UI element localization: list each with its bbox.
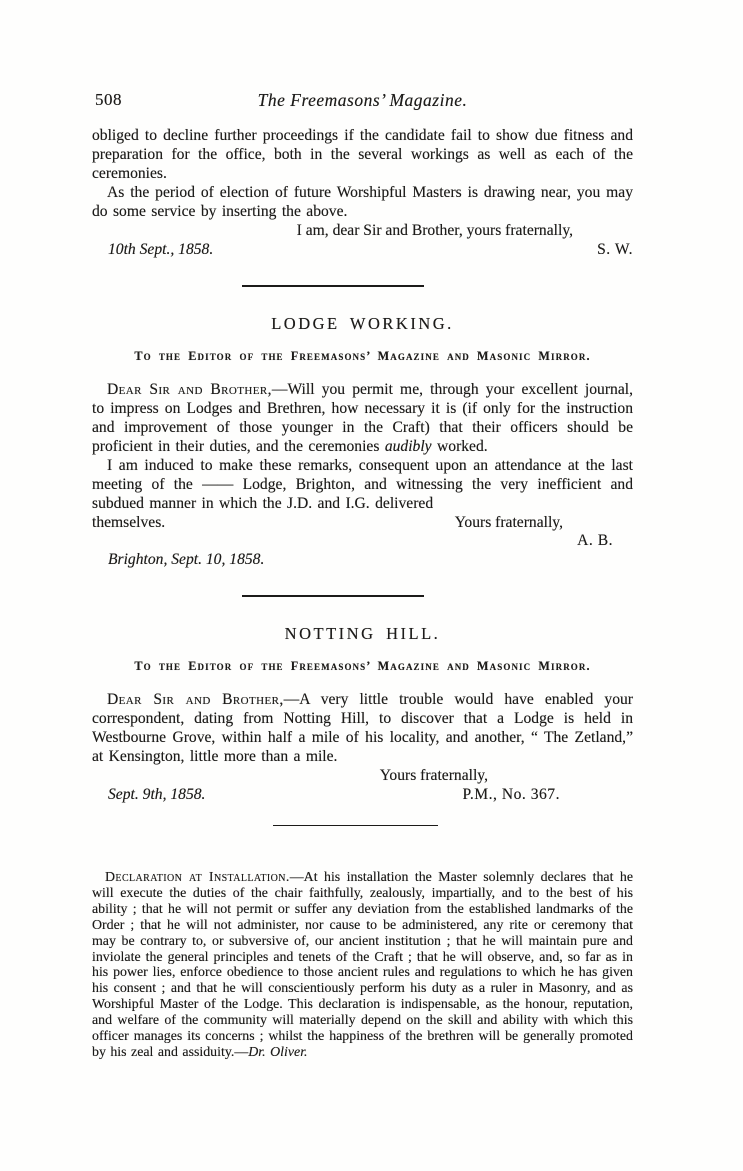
notting-hill-paragraph-1: Dear Sir and Brother,—A very little trou… — [92, 690, 633, 766]
page-number: 508 — [95, 90, 122, 110]
section-divider — [242, 595, 424, 597]
lodge-working-heading: LODGE WORKING. — [92, 314, 633, 334]
declaration-attribution: Dr. Oliver. — [248, 1045, 307, 1060]
running-head: 508 The Freemasons’ Magazine. — [92, 90, 633, 112]
letter-sw-closing: I am, dear Sir and Brother, yours frater… — [92, 221, 633, 240]
notting-hill-dateline: Sept. 9th, 1858. — [92, 785, 205, 804]
section-divider — [273, 825, 438, 826]
lodge-working-paragraph-1-end: worked. — [432, 438, 488, 455]
magazine-page: 508 The Freemasons’ Magazine. obliged to… — [0, 0, 743, 1171]
notting-hill-section: NOTTING HILL. To the Editor of the Freem… — [92, 624, 633, 804]
lodge-working-section: LODGE WORKING. To the Editor of the Free… — [92, 314, 633, 569]
letter-sw: obliged to decline further proceedings i… — [92, 126, 633, 259]
lodge-working-signature: A. B. — [577, 532, 613, 549]
lodge-working-emphasis-word: audibly — [385, 438, 432, 455]
notting-hill-closing: Yours fraternally, — [92, 766, 633, 785]
notting-hill-signature-row: Sept. 9th, 1858. P.M., No. 367. — [92, 785, 633, 804]
lodge-working-closing: Yours fraternally, — [455, 513, 563, 532]
lodge-working-editor-line: To the Editor of the Freemasons’ Magazin… — [92, 349, 633, 364]
declaration-lead: Declaration at Installation. — [105, 870, 290, 885]
journal-title: The Freemasons’ Magazine. — [92, 90, 633, 111]
lodge-working-paragraph-2: I am induced to make these remarks, cons… — [92, 456, 633, 513]
lodge-working-closing-row: themselves. Yours fraternally, — [92, 513, 633, 532]
letter-sw-dateline: 10th Sept., 1858. — [92, 240, 213, 259]
lodge-working-dateline: Brighton, Sept. 10, 1858. — [92, 551, 264, 568]
lodge-working-paragraph-1: Dear Sir and Brother,—Will you permit me… — [92, 380, 633, 456]
letter-sw-signature-row: 10th Sept., 1858. S. W. — [92, 240, 633, 259]
letter-sw-paragraph-2: As the period of election of future Wors… — [92, 183, 633, 221]
notting-hill-salutation: Dear Sir and Brother, — [107, 691, 284, 708]
letter-sw-paragraph-1: obliged to decline further proceedings i… — [92, 126, 633, 183]
notting-hill-signature: P.M., No. 367. — [462, 785, 560, 804]
letter-sw-signature: S. W. — [597, 240, 633, 259]
notting-hill-editor-line: To the Editor of the Freemasons’ Magazin… — [92, 659, 633, 674]
lodge-working-dateline-line: Brighton, Sept. 10, 1858. — [92, 550, 633, 569]
section-divider — [242, 285, 424, 287]
declaration-paragraph: Declaration at Installation.—At his inst… — [92, 870, 633, 1061]
declaration-body: —At his installation the Master solemnly… — [92, 870, 633, 1060]
lodge-working-signature-line: A. B. — [92, 532, 633, 550]
lodge-working-salutation: Dear Sir and Brother, — [107, 381, 272, 398]
lodge-working-paragraph-2-last-word: themselves. — [92, 513, 165, 532]
declaration-note: Declaration at Installation.—At his inst… — [92, 870, 633, 1061]
notting-hill-heading: NOTTING HILL. — [92, 624, 633, 644]
